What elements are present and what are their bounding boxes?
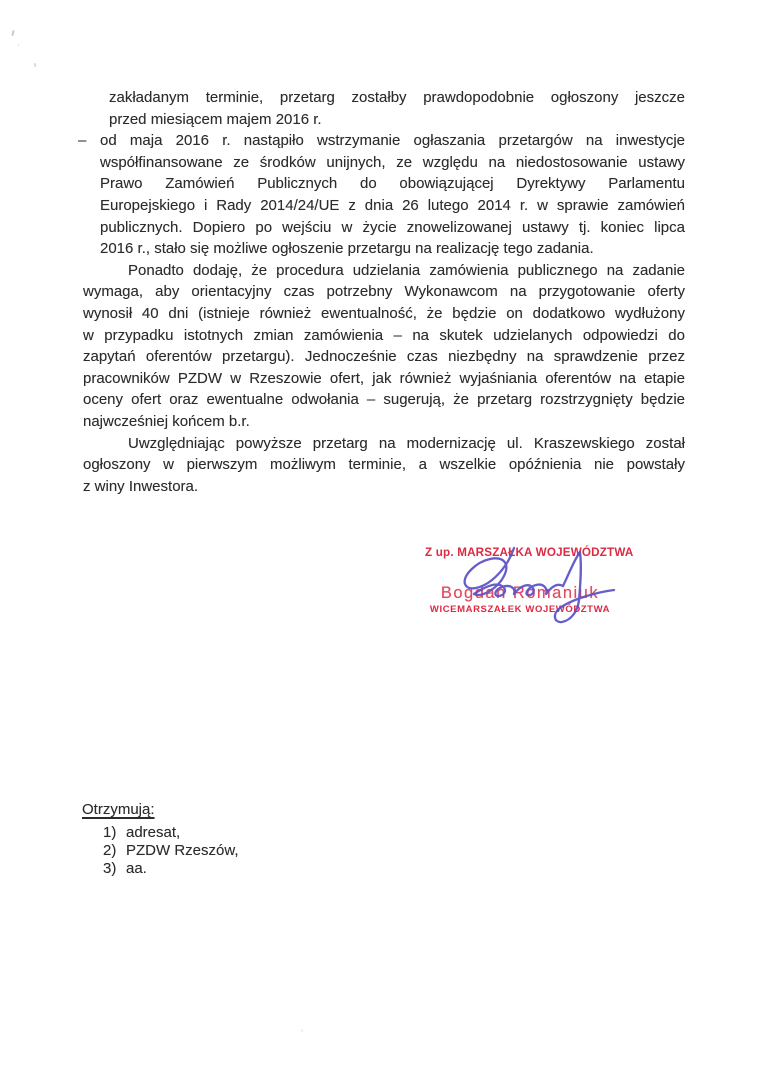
text-line: 2016 r., stało się możliwe ogłoszenie pr… <box>100 238 685 260</box>
text-line: zapytań oferentów przetargu). Jednocześn… <box>83 346 685 368</box>
recipients-block: Otrzymują: 1)adresat,2)PZDW Rzeszów,3)aa… <box>82 801 239 879</box>
text-line: współfinansowane ze środków unijnych, ze… <box>100 152 685 174</box>
recipient-item: 3)aa. <box>103 860 239 878</box>
document-page: zakładanym terminie, przetarg zostałby p… <box>0 0 768 1086</box>
recipient-text: adresat, <box>126 824 180 841</box>
text-line: Prawo Zamówień Publicznych do obowiązują… <box>100 173 685 195</box>
text-line: z winy Inwestora. <box>83 476 685 498</box>
recipient-text: aa. <box>126 860 147 877</box>
text-line: oceny ofert oraz ewentualne odwołania – … <box>83 389 685 411</box>
text-line: publicznych. Dopiero po wejściu w życie … <box>100 217 685 239</box>
bullet-item: – od maja 2016 r. nastąpiło wstrzymanie … <box>100 130 685 260</box>
bullet-dash: – <box>78 130 86 152</box>
text-line: Europejskiego i Rady 2014/24/UE z dnia 2… <box>100 195 685 217</box>
text-line: ogłoszony w pierwszym możliwym terminie,… <box>83 454 685 476</box>
text-line: najwcześniej końcem b.r. <box>83 411 685 433</box>
letter-body: zakładanym terminie, przetarg zostałby p… <box>83 87 685 497</box>
scan-speck <box>33 63 36 67</box>
text-line: przed miesiącem majem 2016 r. <box>109 109 685 131</box>
recipient-number: 2) <box>103 842 126 860</box>
handwritten-signature <box>452 546 630 636</box>
recipient-text: PZDW Rzeszów, <box>126 842 239 859</box>
recipient-item: 1)adresat, <box>103 824 239 842</box>
recipients-heading: Otrzymują: <box>82 801 239 818</box>
recipient-number: 3) <box>103 860 126 878</box>
text-line: od maja 2016 r. nastąpiło wstrzymanie og… <box>100 130 685 152</box>
text-line: zakładanym terminie, przetarg zostałby p… <box>109 87 685 109</box>
text-line: Uwzględniając powyższe przetarg na moder… <box>83 433 685 455</box>
scan-speck <box>301 1029 303 1032</box>
recipient-number: 1) <box>103 824 126 842</box>
recipient-item: 2)PZDW Rzeszów, <box>103 842 239 860</box>
text-line: pracowników PZDW w Rzeszowie ofert, jak … <box>83 368 685 390</box>
paragraph-continuation: zakładanym terminie, przetarg zostałby p… <box>109 87 685 130</box>
scan-speck <box>11 30 14 36</box>
recipients-list: 1)adresat,2)PZDW Rzeszów,3)aa. <box>82 824 239 879</box>
paragraph: Ponadto dodaję, że procedura udzielania … <box>83 260 685 433</box>
paragraph: Uwzględniając powyższe przetarg na moder… <box>83 433 685 498</box>
text-line: wynosił 40 dni (istnieje również ewentua… <box>83 303 685 325</box>
text-line: Ponadto dodaję, że procedura udzielania … <box>83 260 685 282</box>
text-line: wymaga, aby orientacyjny czas potrzebny … <box>83 281 685 303</box>
text-line: w przypadku istotnych zmian zamówienia –… <box>83 325 685 347</box>
scan-speck <box>18 44 19 46</box>
